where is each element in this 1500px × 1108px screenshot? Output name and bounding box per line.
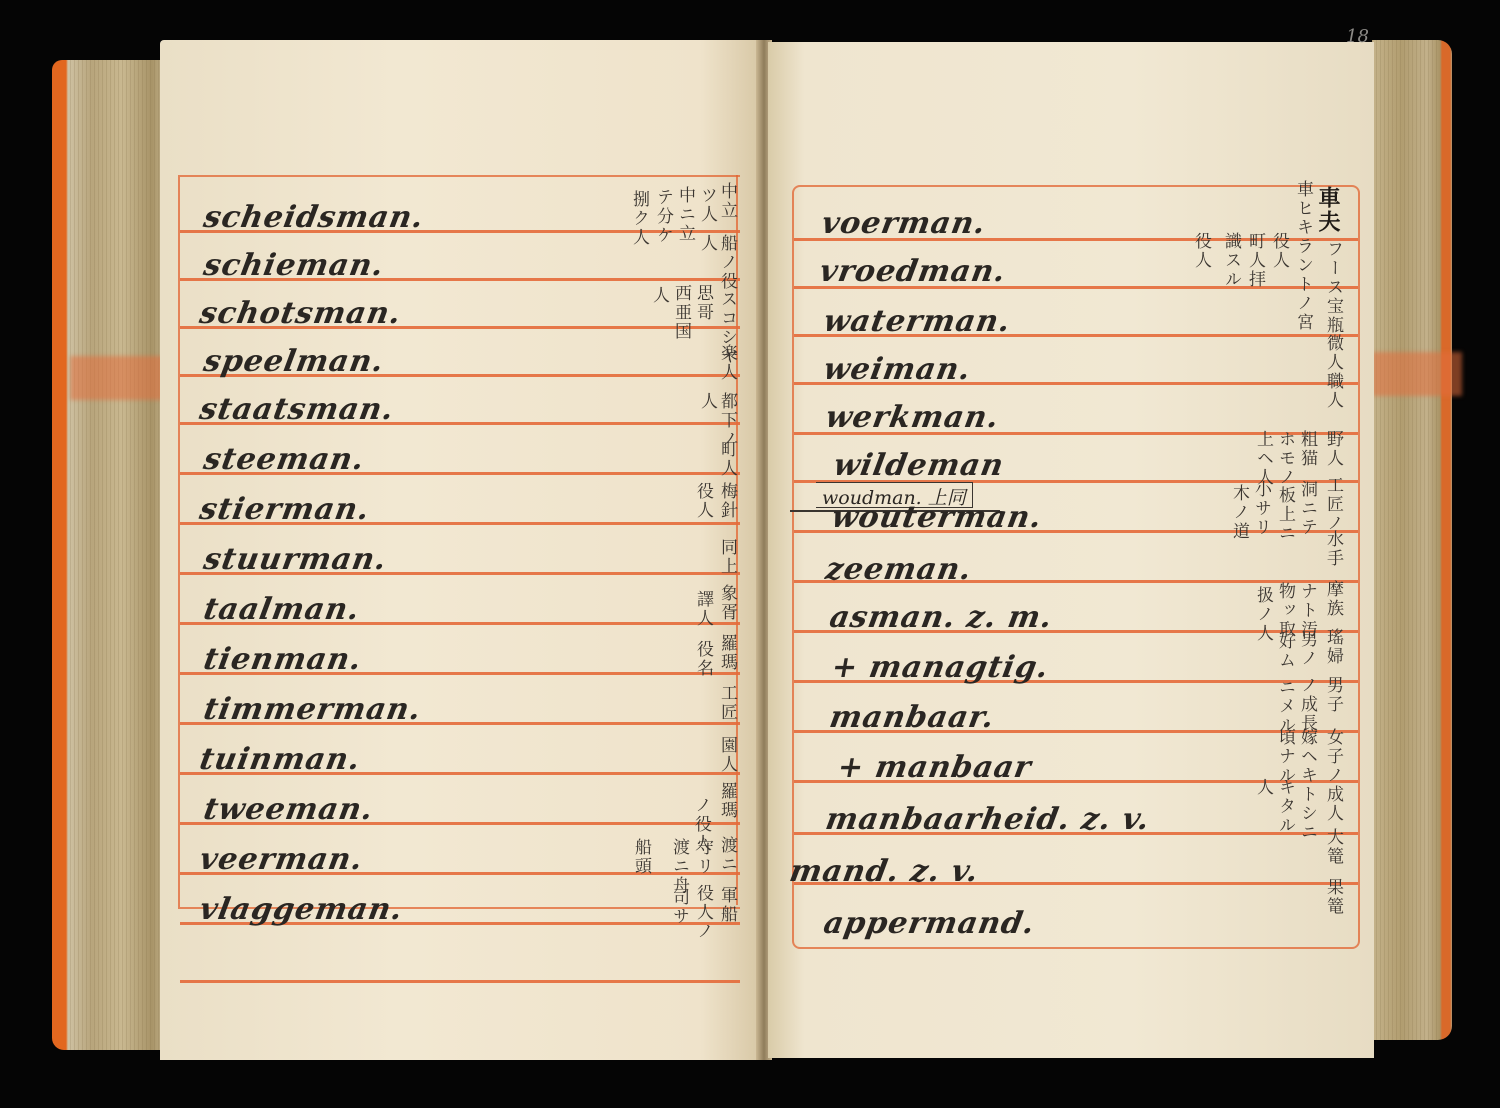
entry-word: asman. z. m. bbox=[827, 600, 1055, 635]
gloss: 船ノ役 bbox=[716, 234, 738, 291]
gloss: 軍船 bbox=[716, 886, 738, 924]
gloss: 水手 bbox=[1322, 530, 1344, 568]
gloss: 物ッ取 bbox=[1274, 582, 1296, 639]
entry-word: wouterman. bbox=[829, 500, 1045, 535]
gloss: 役人 bbox=[1190, 232, 1212, 270]
gloss: 嫁ヘキトシニ bbox=[1296, 728, 1318, 842]
entry-word: veerman. bbox=[197, 842, 366, 877]
gloss: 捌ク人 bbox=[628, 190, 650, 247]
gloss: 中ニ立 bbox=[674, 186, 696, 243]
gloss: 男子 bbox=[1322, 676, 1344, 714]
gloss: 上ヘ人 bbox=[1252, 430, 1274, 487]
gloss: 工匠ノ bbox=[1322, 476, 1344, 533]
entry-word: manbaarheid. z. v. bbox=[823, 802, 1153, 837]
gloss: 羅瑪 bbox=[716, 782, 738, 820]
gloss: 人 bbox=[696, 234, 718, 253]
gloss: 役人 bbox=[692, 482, 714, 520]
gloss: 役人 bbox=[1268, 232, 1290, 270]
gloss: 瑤婦 bbox=[1322, 628, 1344, 666]
gloss: 司サ bbox=[668, 888, 690, 926]
entry-word: staatsman. bbox=[197, 392, 397, 427]
entry-word: stuurman. bbox=[201, 542, 390, 577]
entry-word: mand. z. v. bbox=[787, 854, 982, 889]
gloss: 頃ナル bbox=[1274, 728, 1296, 785]
entry-word: schotsman. bbox=[197, 296, 404, 331]
gloss: 役名 bbox=[692, 640, 714, 678]
gloss: 木ノ道 bbox=[1228, 484, 1250, 541]
gloss: 野人 bbox=[1322, 430, 1344, 468]
entry-word: scheidsman. bbox=[201, 200, 427, 235]
gloss: 町人拝 bbox=[1244, 232, 1266, 289]
gloss: ツ人 bbox=[696, 186, 718, 224]
left-edge-stain bbox=[70, 356, 166, 400]
gloss: 羅瑪 bbox=[716, 634, 738, 672]
entry-word: speelman. bbox=[201, 344, 387, 379]
gloss: 渡ニ bbox=[716, 836, 738, 874]
right-edge-stain bbox=[1372, 352, 1462, 396]
gloss: 好ム bbox=[1274, 632, 1296, 670]
right-fore-edge bbox=[1372, 40, 1452, 1040]
gloss: 工匠 bbox=[716, 684, 738, 722]
entry-word: werkman. bbox=[823, 400, 1002, 435]
gloss: 扱ノ人 bbox=[1252, 586, 1274, 643]
entry-word: tweeman. bbox=[201, 792, 376, 827]
gloss: 男ノ bbox=[1296, 630, 1318, 668]
gloss: 人 bbox=[1252, 778, 1274, 797]
entry-word: + manbaar bbox=[835, 750, 1034, 785]
entry-word: vlaggeman. bbox=[197, 892, 406, 927]
entry-word: schieman. bbox=[201, 248, 387, 283]
entry-word: timmerman. bbox=[201, 692, 424, 727]
gloss: ノ成長 bbox=[1296, 676, 1318, 733]
gloss: 梅針 bbox=[716, 482, 738, 520]
left-fore-edge bbox=[52, 60, 168, 1050]
entry-word: waterman. bbox=[821, 304, 1014, 339]
entry-word: stierman. bbox=[197, 492, 373, 527]
gloss: 板上ニ bbox=[1274, 486, 1296, 543]
entry-word: wildeman bbox=[831, 448, 1007, 483]
gloss: 人 bbox=[648, 286, 670, 305]
entry-word: taalman. bbox=[201, 592, 363, 627]
entry-word: zeeman. bbox=[823, 552, 975, 587]
gloss: 中立 bbox=[716, 182, 738, 220]
gloss: キタル bbox=[1274, 778, 1296, 835]
left-rule bbox=[180, 980, 740, 983]
gloss: 守リ bbox=[692, 838, 714, 876]
gloss: 洞ニテ bbox=[1296, 480, 1318, 537]
gloss: ニメル bbox=[1274, 678, 1296, 735]
gloss: 微人職人 bbox=[1322, 334, 1344, 410]
gloss: 粗猫 bbox=[1296, 430, 1318, 468]
entry-word: weiman. bbox=[821, 352, 974, 387]
page-number: 18 bbox=[1346, 26, 1369, 47]
gloss: 象胥 bbox=[716, 584, 738, 622]
gloss: 識スル bbox=[1220, 232, 1242, 289]
gloss: 車夫 bbox=[1316, 186, 1338, 234]
entry-word: appermand. bbox=[821, 906, 1038, 941]
gloss: 楽人 bbox=[716, 344, 738, 382]
entry-word: manbaar. bbox=[827, 700, 998, 735]
gloss: 園人 bbox=[716, 736, 738, 774]
gloss: 大篭 bbox=[1322, 828, 1344, 866]
gloss: 女子ノ成人 bbox=[1322, 728, 1344, 823]
gloss: 摩族 bbox=[1322, 580, 1344, 618]
entry-word: voerman. bbox=[819, 206, 989, 241]
entry-word: + managtig. bbox=[829, 650, 1052, 685]
gloss: 思哥 bbox=[692, 284, 714, 322]
entry-word: tienman. bbox=[201, 642, 365, 677]
gloss: 同上 bbox=[716, 538, 738, 576]
gloss: 町人 bbox=[716, 440, 738, 478]
gloss: 船頭 bbox=[630, 838, 652, 876]
gloss: 役人ノ bbox=[692, 884, 714, 941]
gloss: 人 bbox=[696, 392, 718, 411]
gloss: 西亜国 bbox=[670, 284, 692, 341]
gloss: 譯人 bbox=[692, 590, 714, 628]
gloss: テ分ケ bbox=[652, 188, 674, 245]
gloss: フース宝瓶 bbox=[1322, 240, 1344, 335]
gloss: ホモノ bbox=[1274, 430, 1296, 487]
gloss: 小サリ bbox=[1250, 480, 1272, 537]
gloss: 車ヒキラントノ宮 bbox=[1292, 180, 1314, 332]
gloss: 渡ニ舟 bbox=[668, 838, 690, 895]
entry-word: tuinman. bbox=[197, 742, 363, 777]
entry-word: steeman. bbox=[201, 442, 368, 477]
gloss: 果篭 bbox=[1322, 878, 1344, 916]
entry-word: vroedman. bbox=[817, 254, 1009, 289]
open-book: scheidsman. schieman. schotsman. speelma… bbox=[0, 0, 1500, 1108]
